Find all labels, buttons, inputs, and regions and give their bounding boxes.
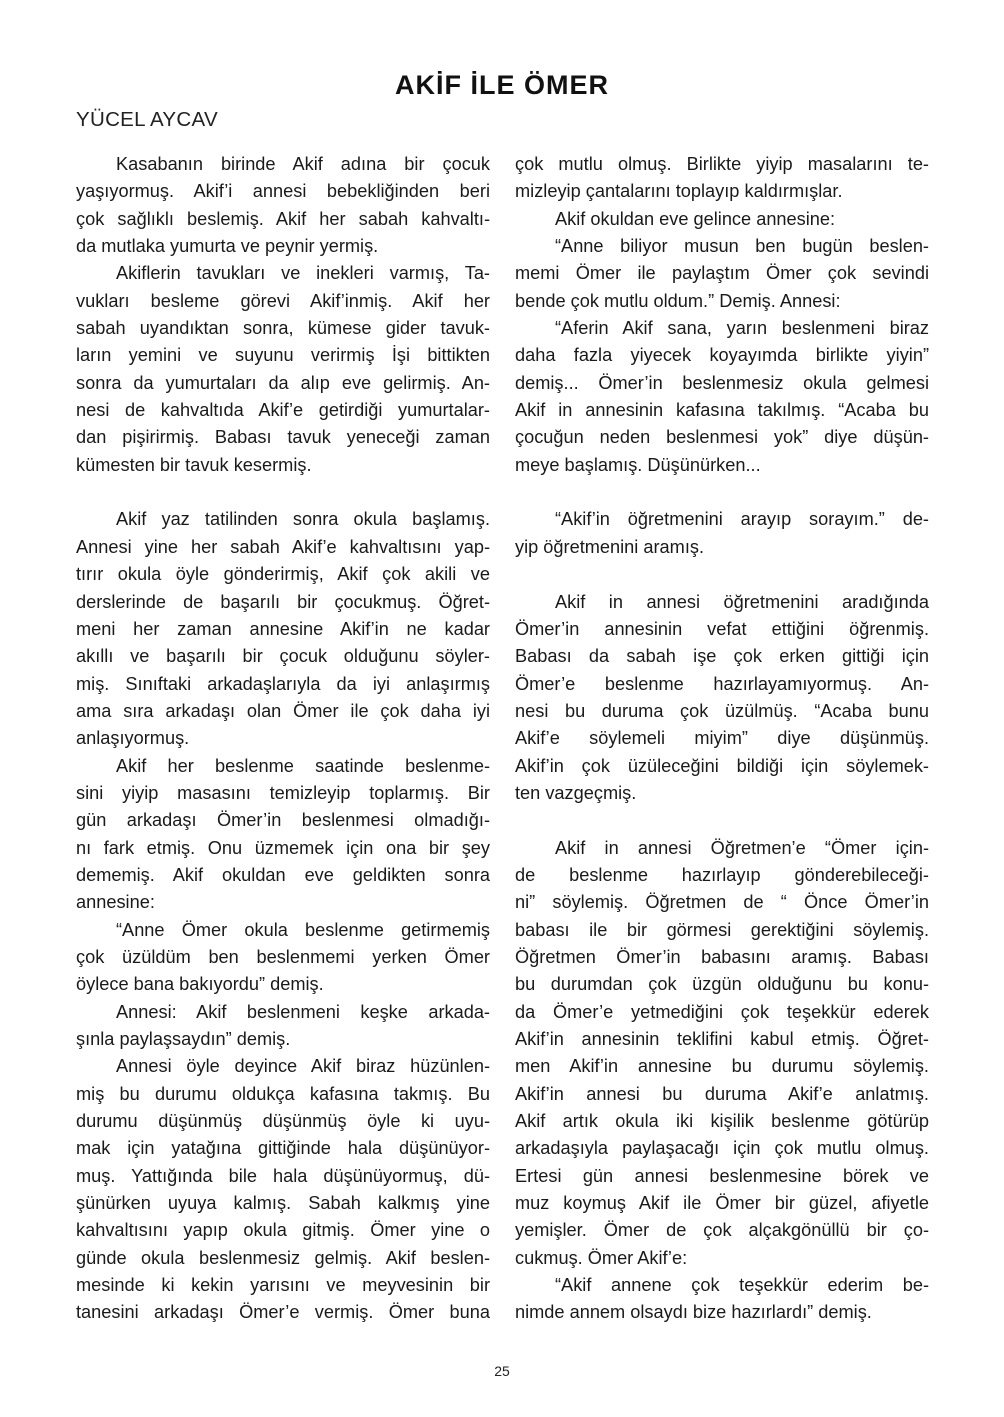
text-line: çok mutlu olmuş. Birlikte yiyip masaları… bbox=[515, 151, 929, 178]
text-line: ların yemini ve suyunu verirmiş İşi bitt… bbox=[76, 342, 490, 369]
text-line: Annesi: Akif beslenmeni keşke arkada- bbox=[76, 999, 490, 1026]
text-line: mizleyip çantalarını toplayıp kaldırmışl… bbox=[515, 178, 929, 205]
text-line: “Aferin Akif sana, yarın beslenmeni bira… bbox=[515, 315, 929, 342]
text-line: nı fark etmiş. Onu üzmemek için ona bir … bbox=[76, 835, 490, 862]
text-line: durumu düşünmüş düşünmüş öyle ki uyu- bbox=[76, 1108, 490, 1135]
text-line: “Akif annene çok teşekkür ederim be- bbox=[515, 1272, 929, 1299]
text-line: arkadaşıyla paylaşacağı için çok mutlu o… bbox=[515, 1135, 929, 1162]
text-line: tırır okula öyle gönderirmiş, Akif çok a… bbox=[76, 561, 490, 588]
text-line: sabah uyandıktan sonra, kümese gider tav… bbox=[76, 315, 490, 342]
text-line: de beslenme hazırlayıp gönderebileceği- bbox=[515, 862, 929, 889]
text-line: Ömer’in annesinin vefat ettiğini öğrenmi… bbox=[515, 616, 929, 643]
text-line: ten vazgeçmiş. bbox=[515, 780, 929, 807]
text-line: daha fazla yiyecek koyayımda birlikte yi… bbox=[515, 342, 929, 369]
text-line: akıllı ve başarılı bir çocuk olduğunu sö… bbox=[76, 643, 490, 670]
paragraph-gap bbox=[76, 479, 490, 506]
text-line: Akif in annesi öğretmenini aradığında bbox=[515, 589, 929, 616]
text-line: sini yiyip masasını temizleyip toplarmış… bbox=[76, 780, 490, 807]
text-line: muş. Yattığında bile hala düşünüyormuş, … bbox=[76, 1163, 490, 1190]
text-line: babası ile bir görmesi gerektiğini söyle… bbox=[515, 917, 929, 944]
text-line: cukmuş. Ömer Akif’e: bbox=[515, 1245, 929, 1272]
text-line: memi Ömer ile paylaştım Ömer çok sevindi bbox=[515, 260, 929, 287]
text-line: kümesten bir tavuk kesermiş. bbox=[76, 452, 490, 479]
page-number: 25 bbox=[0, 1363, 1004, 1379]
text-line: kahvaltısını yapıp okula gitmiş. Ömer yi… bbox=[76, 1217, 490, 1244]
text-line: günde okula beslenmesiz gelmiş. Akif bes… bbox=[76, 1245, 490, 1272]
paragraph-gap bbox=[515, 807, 929, 834]
text-line: şınla paylaşsaydın” demiş. bbox=[76, 1026, 490, 1053]
text-line: Akif’in annesi bu duruma Akif’e anlatmış… bbox=[515, 1081, 929, 1108]
text-line: miş bu durumu oldukça kafasına takmış. B… bbox=[76, 1081, 490, 1108]
text-line: dan pişirirmiş. Babası tavuk yeneceği za… bbox=[76, 424, 490, 451]
text-line: yip öğretmenini aramış. bbox=[515, 534, 929, 561]
text-line: yaşıyormuş. Akif’i annesi bebekliğinden … bbox=[76, 178, 490, 205]
text-line: nesi de kahvaltıda Akif’e getirdiği yumu… bbox=[76, 397, 490, 424]
text-line: annesine: bbox=[76, 889, 490, 916]
text-line: ama sıra arkadaşı olan Ömer ile çok daha… bbox=[76, 698, 490, 725]
text-line: men Akif’in annesine bu durumu söylemiş. bbox=[515, 1053, 929, 1080]
text-line: demiş... Ömer’in beslenmesiz okula gelme… bbox=[515, 370, 929, 397]
text-line: Akif’in annesinin teklifini kabul etmiş.… bbox=[515, 1026, 929, 1053]
text-line: nimde annem olsaydı bize hazırlardı” dem… bbox=[515, 1299, 929, 1326]
text-line: mak için yatağına gittiğinde hala düşünü… bbox=[76, 1135, 490, 1162]
text-line: Babası da sabah işe çok erken gittiği iç… bbox=[515, 643, 929, 670]
text-line: da Ömer’e yetmediğini çok teşekkür edere… bbox=[515, 999, 929, 1026]
text-line: çok üzüldüm ben beslenmemi yerken Ömer bbox=[76, 944, 490, 971]
text-line: “Anne Ömer okula beslenme getirmemiş bbox=[76, 917, 490, 944]
text-line: anlaşıyormuş. bbox=[76, 725, 490, 752]
text-line: meni her zaman annesine Akif’in ne kadar bbox=[76, 616, 490, 643]
author-name: YÜCEL AYCAV bbox=[76, 108, 218, 132]
text-line: vukları besleme görevi Akif’inmiş. Akif … bbox=[76, 288, 490, 315]
text-line: Akif in annesinin kafasına takılmış. “Ac… bbox=[515, 397, 929, 424]
text-line: tanesini arkadaşı Ömer’e vermiş. Ömer bu… bbox=[76, 1299, 490, 1326]
text-line: miş. Sınıftaki arkadaşlarıyla da iyi anl… bbox=[76, 671, 490, 698]
text-line: “Akif’in öğretmenini arayıp sorayım.” de… bbox=[515, 506, 929, 533]
text-line: mesinde ki kekin yarısını ve meyvesinin … bbox=[76, 1272, 490, 1299]
text-line: dememiş. Akif okuldan eve geldikten sonr… bbox=[76, 862, 490, 889]
text-line: yemişler. Ömer de çok alçakgönüllü bir ç… bbox=[515, 1217, 929, 1244]
text-line: gün arkadaşı Ömer’in beslenmesi olmadığı… bbox=[76, 807, 490, 834]
paragraph-gap bbox=[515, 479, 929, 506]
text-line: Akif’in çok üzüleceğini bildiği için söy… bbox=[515, 753, 929, 780]
text-line: çok sağlıklı beslemiş. Akif her sabah ka… bbox=[76, 206, 490, 233]
text-line: derslerinde de başarılı bir çocukmuş. Öğ… bbox=[76, 589, 490, 616]
text-line: Ertesi gün annesi beslenmesine börek ve bbox=[515, 1163, 929, 1190]
text-line: Akif in annesi Öğretmen’e “Ömer için- bbox=[515, 835, 929, 862]
text-line: meye başlamış. Düşünürken... bbox=[515, 452, 929, 479]
text-line: bu durumdan çok üzgün olduğunu bu konu- bbox=[515, 971, 929, 998]
text-line: çocuğun neden beslenmesi yok” diye düşün… bbox=[515, 424, 929, 451]
left-column: Kasabanın birinde Akif adına bir çocukya… bbox=[76, 151, 490, 1327]
text-line: şünürken uyuya kalmış. Sabah kalkmış yin… bbox=[76, 1190, 490, 1217]
text-line: Ömer’e beslenme hazırlayamıyormuş. An- bbox=[515, 671, 929, 698]
story-title: AKİF İLE ÖMER bbox=[0, 70, 1004, 101]
text-line: nesi bu duruma çok üzülmüş. “Acaba bunu bbox=[515, 698, 929, 725]
text-line: Akif okuldan eve gelince annesine: bbox=[515, 206, 929, 233]
text-line: Annesi yine her sabah Akif’e kahvaltısın… bbox=[76, 534, 490, 561]
text-line: ni” söylemiş. Öğretmen de “ Önce Ömer’in bbox=[515, 889, 929, 916]
text-line: Akif yaz tatilinden sonra okula başlamış… bbox=[76, 506, 490, 533]
text-line: Öğretmen Ömer’in babasını aramış. Babası bbox=[515, 944, 929, 971]
text-line: sonra da yumurtaları da alıp eve gelirmi… bbox=[76, 370, 490, 397]
paragraph-gap bbox=[515, 561, 929, 588]
text-line: bende çok mutlu oldum.” Demiş. Annesi: bbox=[515, 288, 929, 315]
text-line: Akif her beslenme saatinde beslenme- bbox=[76, 753, 490, 780]
text-line: “Anne biliyor musun ben bugün beslen- bbox=[515, 233, 929, 260]
right-column: çok mutlu olmuş. Birlikte yiyip masaları… bbox=[515, 151, 929, 1327]
text-line: Annesi öyle deyince Akif biraz hüzünlen- bbox=[76, 1053, 490, 1080]
text-line: Akif’e söylemeli miyim” diye düşünmüş. bbox=[515, 725, 929, 752]
text-line: da mutlaka yumurta ve peynir yermiş. bbox=[76, 233, 490, 260]
text-line: Akiflerin tavukları ve inekleri varmış, … bbox=[76, 260, 490, 287]
text-line: öylece bana bakıyordu” demiş. bbox=[76, 971, 490, 998]
text-line: muz koymuş Akif ile Ömer bir güzel, afiy… bbox=[515, 1190, 929, 1217]
text-line: Kasabanın birinde Akif adına bir çocuk bbox=[76, 151, 490, 178]
text-line: Akif artık okula iki kişilik beslenme gö… bbox=[515, 1108, 929, 1135]
